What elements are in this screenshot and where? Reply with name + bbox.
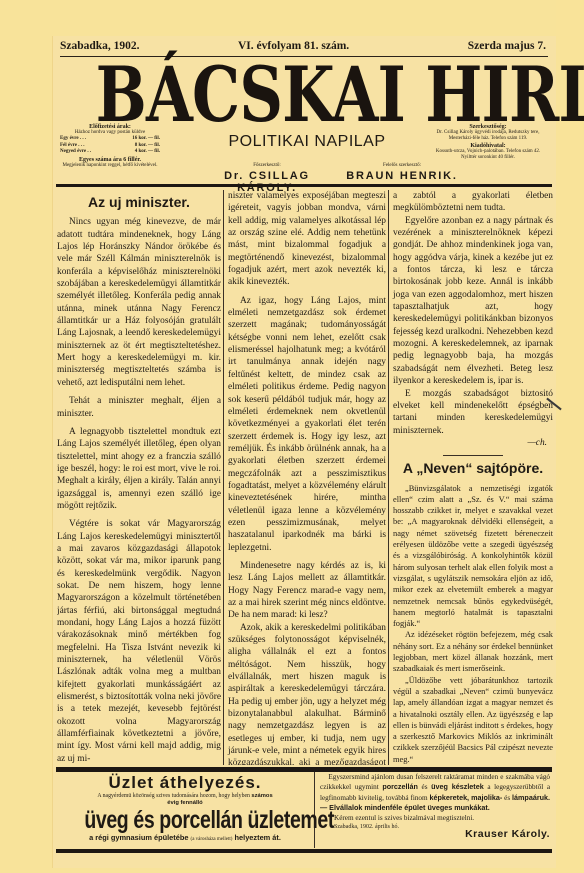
article-paragraph: „Bünvizsgálatok a nemzetiségi izgatók el… (393, 483, 553, 630)
advertisement-location: a régi gymnasium épületébe (a városháza … (56, 833, 314, 842)
masthead-title: BÁCSKAI HIRLAP (96, 58, 513, 132)
page-bottom-rule (56, 849, 552, 853)
header-divider (56, 184, 552, 187)
article-paragraph: E mozgás szabadságot biztositó elveket k… (393, 388, 553, 437)
advertisement-headline: üveg és porcellán üzletemet (84, 807, 285, 833)
location-text-end: helyeztem át. (235, 833, 281, 842)
masthead-subtitle: POLITIKAI NAPILAP (202, 133, 412, 151)
article-paragraph: a zabtól a gyakorlati életben megkülömbö… (393, 190, 553, 215)
article-paragraph: Tehát a miniszter meghalt, éljen a minis… (57, 395, 221, 420)
article-paragraph: „Üldözőbe vett jóbarátunkhoz tartozik vé… (393, 675, 553, 765)
ad-text: és (504, 794, 510, 802)
ad-bold-glass: üveg készletek (431, 782, 484, 791)
price-value: 4 kor. — fil. (135, 149, 160, 155)
article-paragraph: Az igaz, hogy Láng Lajos, mint elméleti … (228, 295, 386, 554)
column-3: a zabtól a gyakorlati életben megkülömbö… (388, 190, 553, 765)
advertisement-right: Egyszersmind ajánlom dusan felszerelt ra… (320, 773, 550, 840)
intro-text: A nagyérdemü közönség szives tudomására … (97, 793, 250, 799)
price-period: Negyed évre . . (60, 149, 91, 155)
editorial-address: Dr. Csillag Károly ügyvédi irodája, Redu… (432, 130, 544, 142)
article-paragraph: niszter valamelyes exposéjában megteszi … (228, 190, 386, 289)
responsible-editor-role: Felelős szerkesztő: (342, 163, 462, 168)
responsible-editor: Felelős szerkesztő: BRAUN HENRIK. (342, 163, 462, 182)
ad-bold-porcelain: porczellán (382, 782, 418, 791)
advertisement-left: Üzlet áthelyezés. A nagyérdemü közönség … (56, 772, 315, 848)
intro-bold: számos (251, 793, 272, 799)
ad-closing: Kérem ezentul is szives bizalmával megti… (320, 814, 550, 823)
advertisement-intro: A nagyérdemü közönség szives tudomására … (56, 793, 314, 807)
column-2: niszter valamelyes exposéjában megteszi … (223, 190, 386, 765)
price-row: Negyed évre . . 4 kor. — fil. (54, 149, 166, 155)
responsible-editor-name: BRAUN HENRIK. (342, 170, 462, 182)
article-paragraph: Nincs ugyan még kinevezve, de már adatot… (57, 216, 221, 389)
ad-text: és (422, 783, 428, 791)
article-divider (443, 455, 503, 456)
article-paragraph: Azok, akik a kereskedelmi politikában sz… (228, 622, 386, 765)
article-title: A „Neven“ sajtópöre. (393, 462, 553, 474)
article-paragraph: Mindenesetre nagy kérdés az is, ki lesz … (228, 560, 386, 622)
ad-bold-frames: képkeretek, majolika- (430, 793, 503, 802)
article-title: Az uj miniszter. (57, 196, 221, 208)
location-text: a régi gymnasium épületébe (89, 833, 188, 842)
column-1: Az uj miniszter. Nincs ugyan még kinevez… (57, 190, 221, 765)
newspaper-page: Szabadka, 1902. VI. évfolyam 81. szám. S… (52, 36, 556, 868)
article-signature: —ch. (393, 437, 553, 449)
advertisement-title: Üzlet áthelyezés. (56, 773, 314, 793)
open-space-notice: Nyilttér soronkint 40 fillér. (432, 155, 544, 161)
subscription-box: Előfizetési árak: Házhoz hordva vagy pos… (54, 124, 166, 169)
article-paragraph: Az idézéseket rögtön befejezem, még csak… (393, 629, 553, 674)
chief-editor-role: Főszerkesztő: (192, 163, 342, 168)
article-paragraph: Egyelőre azonban ez a nagy pártnak és ve… (393, 215, 553, 388)
article-paragraph: A legnagyobb tisztelettel mondtuk ezt Lá… (57, 426, 221, 512)
publication-note: Megjelenik naponkint reggel, hétfő kivét… (54, 163, 166, 169)
article-paragraph: Végtére is sokat vár Magyarország Láng L… (57, 518, 221, 765)
editorial-office-box: Szerkesztőség: Dr. Csillag Károly ügyvéd… (432, 124, 544, 161)
location-paren: (a városháza mellett) (191, 837, 233, 842)
